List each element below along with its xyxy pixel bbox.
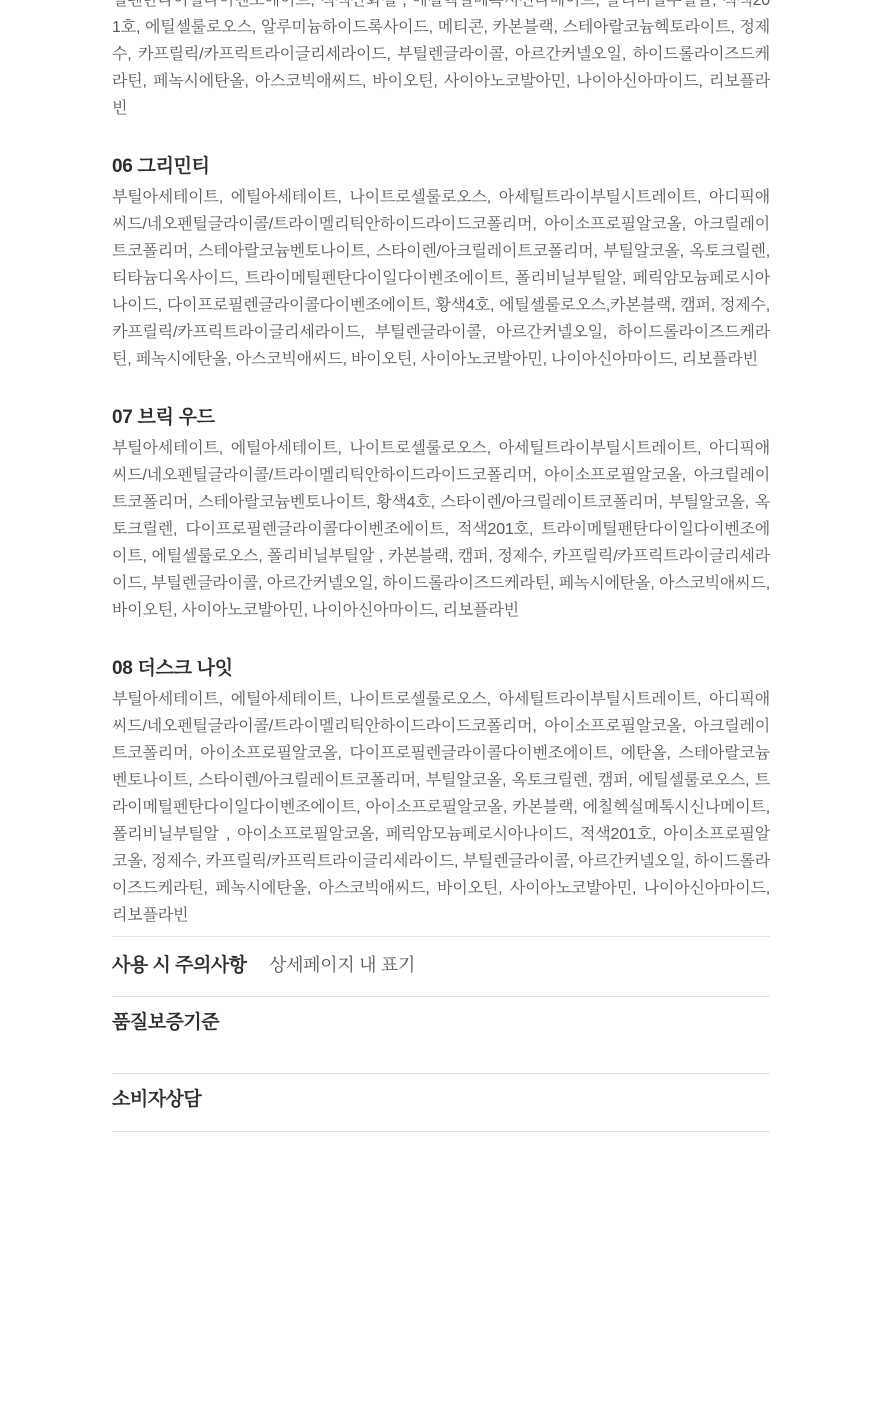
section-shade-06: 06 그리민티 부틸아세테이트, 에틸아세테이트, 나이트로셀룰로오스, 아세틸… xyxy=(112,155,770,373)
info-row-usage-precautions: 사용 시 주의사항 상세페이지 내 표기 xyxy=(112,936,770,996)
ingredient-paragraph-07: 부틸아세테이트, 에틸아세테이트, 나이트로셀룰로오스, 아세틸트라이부틸시트레… xyxy=(112,435,770,624)
ingredient-info-content: 틸펜탄다이일다이벤조에이트, 적색산화철 , 에칠헥실메톡시신나메이트, 폴리비… xyxy=(112,0,770,1132)
product-detail-page: 틸펜탄다이일다이벤조에이트, 적색산화철 , 에칠헥실메톡시신나메이트, 폴리비… xyxy=(0,0,881,1425)
section-title-07-brick-wood: 07 브릭 우드 xyxy=(112,406,770,429)
ingredient-paragraph-08: 부틸아세테이트, 에틸아세테이트, 나이트로셀룰로오스, 아세틸트라이부틸시트레… xyxy=(112,686,770,929)
consumer-contact-label: 소비자상담 xyxy=(112,1088,201,1112)
ingredient-paragraph-06: 부틸아세테이트, 에틸아세테이트, 나이트로셀룰로오스, 아세틸트라이부틸시트레… xyxy=(112,184,770,373)
quality-warranty-label: 품질보증기준 xyxy=(112,1011,219,1035)
info-row-quality-warranty: 품질보증기준 xyxy=(112,996,770,1073)
ingredient-paragraph-previous-shade: 틸펜탄다이일다이벤조에이트, 적색산화철 , 에칠헥실메톡시신나메이트, 폴리비… xyxy=(112,0,770,122)
usage-precautions-label: 사용 시 주의사항 xyxy=(112,954,247,978)
product-info-table: 사용 시 주의사항 상세페이지 내 표기 품질보증기준 소비자상담 xyxy=(112,936,770,1132)
usage-precautions-value: 상세페이지 내 표기 xyxy=(269,953,415,977)
section-title-08-dusk-night: 08 더스크 나잇 xyxy=(112,657,770,680)
section-shade-07: 07 브릭 우드 부틸아세테이트, 에틸아세테이트, 나이트로셀룰로오스, 아세… xyxy=(112,406,770,624)
section-title-06-greeminty: 06 그리민티 xyxy=(112,155,770,178)
info-row-consumer-contact: 소비자상담 xyxy=(112,1073,770,1132)
section-shade-08: 08 더스크 나잇 부틸아세테이트, 에틸아세테이트, 나이트로셀룰로오스, 아… xyxy=(112,657,770,929)
